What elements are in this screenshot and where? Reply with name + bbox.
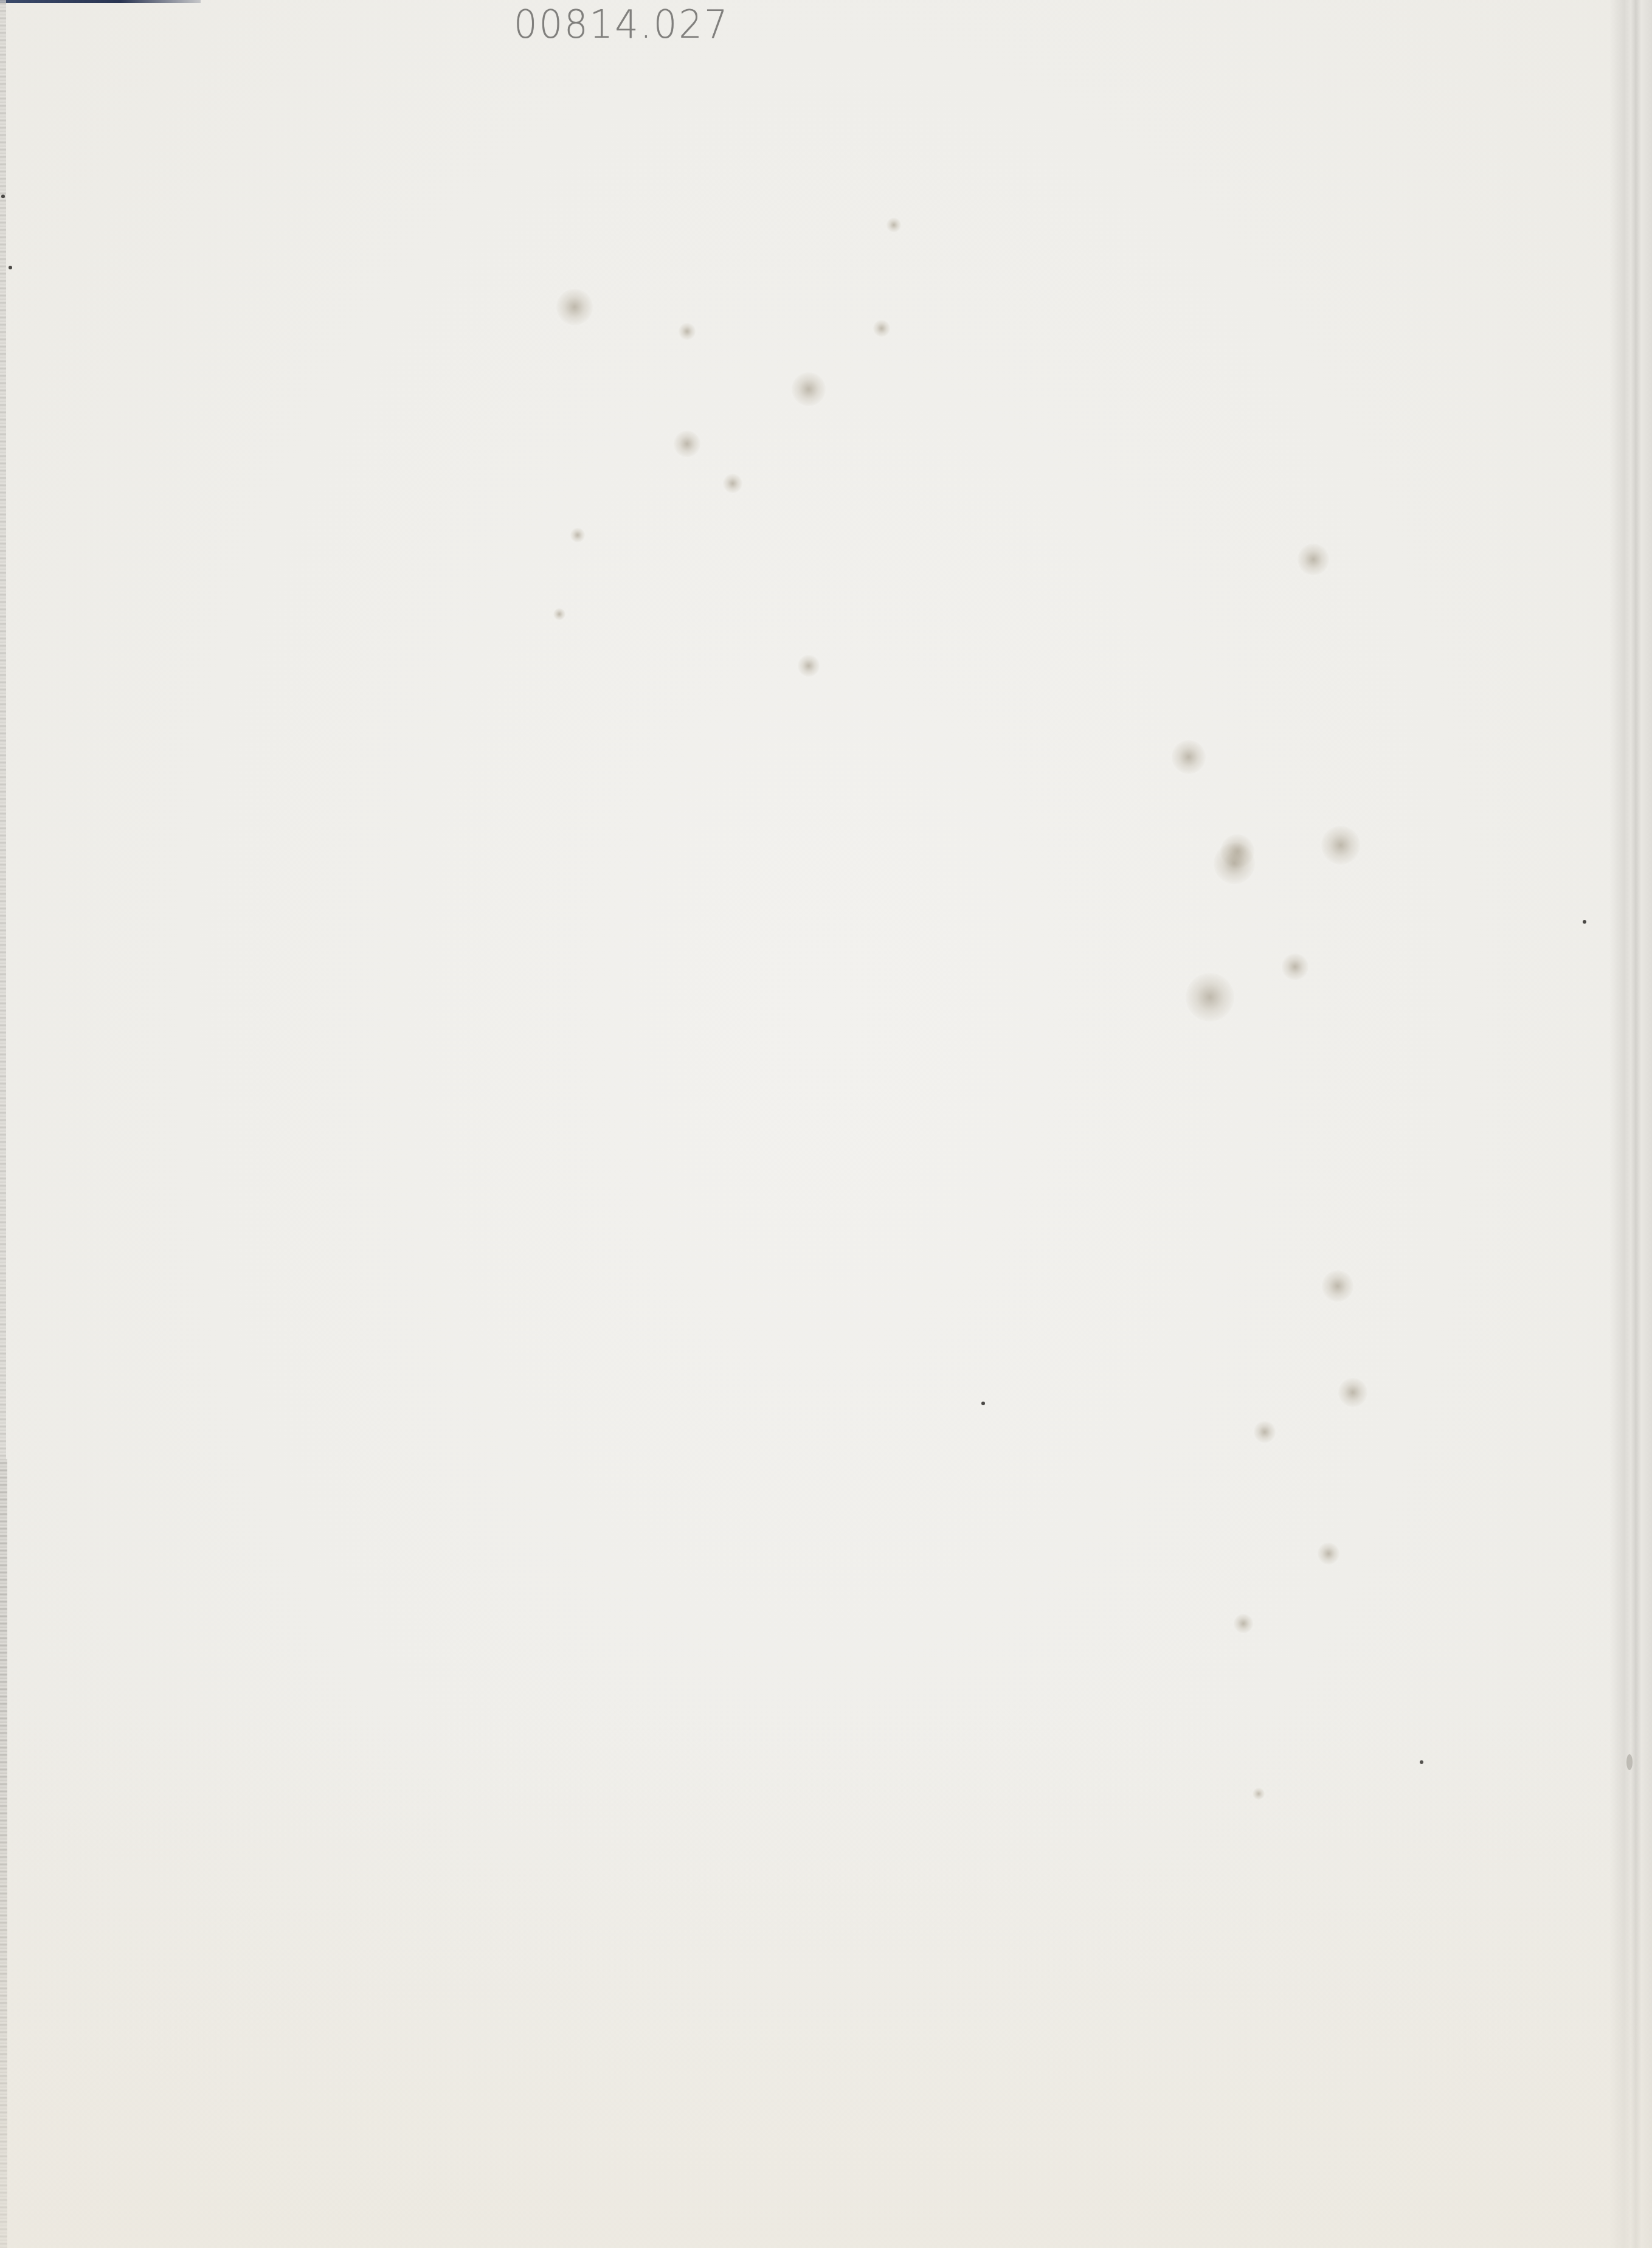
foxing-spot	[1338, 1378, 1367, 1407]
ink-dot	[1583, 920, 1586, 924]
foxing-spot	[1321, 826, 1360, 865]
scanner-background-strip	[0, 0, 201, 3]
foxing-spot	[1298, 544, 1329, 575]
foxing-spot	[798, 655, 820, 677]
foxing-spot	[1253, 1788, 1265, 1800]
foxing-spot	[1322, 1270, 1353, 1302]
ink-dot	[981, 1402, 985, 1405]
foxing-spot	[553, 608, 565, 620]
foxing-spot	[886, 218, 901, 232]
gutter-stain	[1626, 1754, 1633, 1770]
foxing-spot	[1234, 1614, 1253, 1633]
handwritten-catalog-number: 00814.027	[514, 2, 729, 47]
foxing-spot	[1282, 953, 1308, 980]
foxing-spot	[1186, 973, 1234, 1022]
page-gutter-shadow	[1609, 0, 1652, 2248]
ink-dot	[1, 195, 5, 198]
scanned-page: 00814.027	[0, 0, 1652, 2248]
deckled-left-edge-lower	[0, 1459, 7, 2248]
ink-dot	[9, 266, 12, 269]
foxing-spot	[556, 289, 593, 325]
foxing-spot	[723, 474, 742, 493]
foxing-spot	[1254, 1421, 1276, 1443]
foxing-spot	[1172, 740, 1206, 774]
foxing-spot	[873, 320, 890, 337]
ink-dot	[1420, 1760, 1423, 1764]
foxing-spot	[570, 528, 585, 542]
foxing-spot	[792, 372, 826, 406]
foxing-spot	[679, 323, 696, 340]
foxing-spot	[674, 431, 700, 457]
foxing-spot	[1318, 1543, 1339, 1565]
foxing-spot	[1214, 843, 1255, 884]
